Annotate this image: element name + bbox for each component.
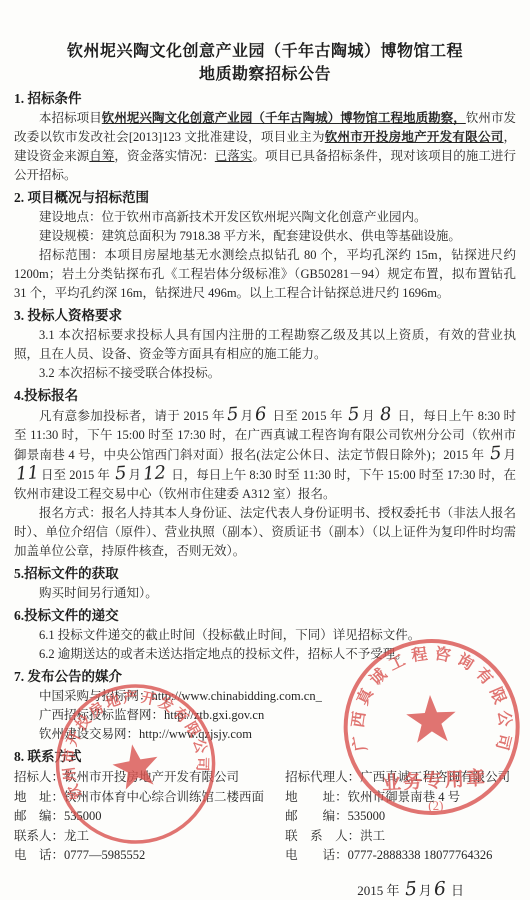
section-3-heading: 3. 投标人资格要求 xyxy=(14,306,516,326)
field-value: 广西真诚工程咨询有限公司 xyxy=(360,770,510,784)
document-title-line2: 地质勘察招标公告 xyxy=(14,63,516,86)
text-run: ，资金落实情况： xyxy=(114,149,214,163)
media-qzjsjy-line: 钦州建设交易网：http://www.qzjsjy.com xyxy=(14,725,516,744)
construction-site-paragraph: 建设地点：位于钦州市高新技术开发区钦州坭兴陶文化创意产业园内。 xyxy=(14,208,516,227)
field-label: 地 址： xyxy=(14,790,64,804)
announcement-date: 2015 年 5月6 日 xyxy=(14,880,516,900)
section-2-heading: 2. 项目概况与招标范围 xyxy=(14,188,516,208)
section-7-heading: 7. 发布公告的媒介 xyxy=(14,667,516,687)
field-label: 电 话： xyxy=(285,848,348,862)
section-6-heading: 6.投标文件的递交 xyxy=(14,606,516,626)
field-value: 535000 xyxy=(348,809,386,823)
tender-conditions-paragraph: 本招标项目钦州坭兴陶文化创意产业园（千年古陶城）博物馆工程地质勘察，钦州市发改委… xyxy=(14,109,516,185)
section-8-heading: 8. 联系方式 xyxy=(14,747,516,767)
tender-scope-paragraph: 招标范围：本项目房屋地基无水测绘点拟钻孔 80 个，平均孔深约 15m，钻探进尺… xyxy=(14,246,516,303)
field-value: 0777-2888338 18077764326 xyxy=(348,848,493,862)
field-value: 0777—5985552 xyxy=(64,848,145,862)
qualification-paragraph-1: 3.1 本次招标要求投标人具有国内注册的工程勘察乙级及其以上资质，有效的营业执照… xyxy=(14,326,516,364)
agency-address-row: 地 址：钦州市御景南巷 4 号 xyxy=(285,788,516,808)
document-title-line1: 钦州坭兴陶文化创意产业园（千年古陶城）博物馆工程 xyxy=(14,40,516,63)
agency-name-row: 招标代理人：广西真诚工程咨询有限公司 xyxy=(285,768,516,788)
text-run: 日至 2015 年 xyxy=(41,468,113,482)
handwritten-text: 5 xyxy=(112,464,129,483)
text-run: 本招标项目 xyxy=(39,111,102,125)
text-run: 凡有意参加投标者，请于 2015 年 xyxy=(39,409,225,423)
document-content: 钦州坭兴陶文化创意产业园（千年古陶城）博物馆工程 地质勘察招标公告 1. 招标条… xyxy=(0,0,530,899)
tenderer-zip-row: 邮 编：535000 xyxy=(14,807,285,827)
tenderer-contact-person-row: 联系人：龙工 xyxy=(14,827,285,847)
handwritten-text: 5 xyxy=(346,405,363,424)
field-value: 洪工 xyxy=(360,829,385,843)
section-5-heading: 5.招标文件的获取 xyxy=(14,564,516,584)
field-label: 联系人： xyxy=(14,829,64,843)
text-run: 月 xyxy=(129,468,142,482)
text-run: 日至 2015 年 xyxy=(269,409,346,423)
media-chinabidding-line: 中国采购与招标网：http://www.chinabidding.com.cn_ xyxy=(14,687,516,706)
text-run: 月 xyxy=(503,448,516,462)
document-purchase-paragraph: 购买时间另行通知）。 xyxy=(14,584,516,603)
qualification-paragraph-2: 3.2 本次招标不接受联合体投标。 xyxy=(14,364,516,383)
registration-time-paragraph: 凡有意参加投标者，请于 2015 年5月6 日至 2015 年 5月 8 日，每… xyxy=(14,406,516,504)
handwritten-text: 6 xyxy=(431,880,448,900)
contact-columns: 招标人：钦州市开投房地产开发有限公司 地 址：钦州市体育中心综合训练馆二楼西面 … xyxy=(14,768,516,866)
handwritten-text: 5 xyxy=(224,405,241,424)
field-label: 招标人： xyxy=(14,770,64,784)
text-run: 日 xyxy=(448,883,464,898)
text-run: 自筹 xyxy=(89,149,114,163)
text-run: 月 xyxy=(362,409,379,423)
late-submission-paragraph: 6.2 逾期送达的或者未送达指定地点的投标文件，招标人不予受理。 xyxy=(14,645,516,664)
agency-contact-person-row: 联 系 人：洪工 xyxy=(285,827,516,847)
registration-method-paragraph: 报名方式：报名人持其本人身份证、法定代表人身份证明书、授权委托书（非法人报名时）… xyxy=(14,504,516,561)
handwritten-text: 5 xyxy=(402,880,419,900)
handwritten-text: 8 xyxy=(378,405,395,424)
field-label: 招标代理人： xyxy=(285,770,360,784)
tenderer-address-row: 地 址：钦州市体育中心综合训练馆二楼西面 xyxy=(14,788,285,808)
field-value: 钦州市开投房地产开发有限公司 xyxy=(64,770,239,784)
text-run: 月 xyxy=(419,883,432,898)
field-value: 钦州市御景南巷 4 号 xyxy=(348,790,461,804)
text-run: 月 xyxy=(240,409,253,423)
field-label: 联 系 人： xyxy=(285,829,360,843)
field-label: 地 址： xyxy=(285,790,348,804)
handwritten-text: 5 xyxy=(487,444,504,463)
text-run: 钦州市开投房地产开发有限公司 xyxy=(325,130,504,144)
agency-zip-row: 邮 编：535000 xyxy=(285,807,516,827)
agency-phone-row: 电 话：0777-2888338 18077764326 xyxy=(285,846,516,866)
field-label: 邮 编： xyxy=(14,809,64,823)
text-run: 已落实 xyxy=(215,149,253,163)
text-run: 钦州坭兴陶文化创意产业园（千年古陶城）博物馆工程地质勘察， xyxy=(102,111,466,125)
tenderer-name-row: 招标人：钦州市开投房地产开发有限公司 xyxy=(14,768,285,788)
tenderer-phone-row: 电 话：0777—5985552 xyxy=(14,846,285,866)
handwritten-text: 6 xyxy=(253,405,270,424)
media-gxztb-line: 广西招标投标监督网：http://ztb.gxi.gov.cn xyxy=(14,706,516,725)
field-label: 电 话： xyxy=(14,848,64,862)
field-value: 钦州市体育中心综合训练馆二楼西面 xyxy=(64,790,264,804)
agency-contact-column: 招标代理人：广西真诚工程咨询有限公司 地 址：钦州市御景南巷 4 号 邮 编：5… xyxy=(285,768,516,866)
field-label: 邮 编： xyxy=(285,809,348,823)
handwritten-text: 11 xyxy=(13,464,41,484)
construction-scale-paragraph: 建设规模：建筑总面积为 7918.38 平方米，配套建设供水、供电等基础设施。 xyxy=(14,227,516,246)
field-value: 535000 xyxy=(64,809,102,823)
handwritten-text: 12 xyxy=(140,464,168,484)
submission-deadline-paragraph: 6.1 投标文件递交的截止时间（投标截止时间，下同）详见招标文件。 xyxy=(14,626,516,645)
field-value: 龙工 xyxy=(64,829,89,843)
tenderer-contact-column: 招标人：钦州市开投房地产开发有限公司 地 址：钦州市体育中心综合训练馆二楼西面 … xyxy=(14,768,285,866)
text-run: 2015 年 xyxy=(357,883,403,898)
scanned-tender-announcement-page: 钦州坭兴陶文化创意产业园（千年古陶城）博物馆工程 地质勘察招标公告 1. 招标条… xyxy=(0,0,530,900)
section-1-heading: 1. 招标条件 xyxy=(14,89,516,109)
